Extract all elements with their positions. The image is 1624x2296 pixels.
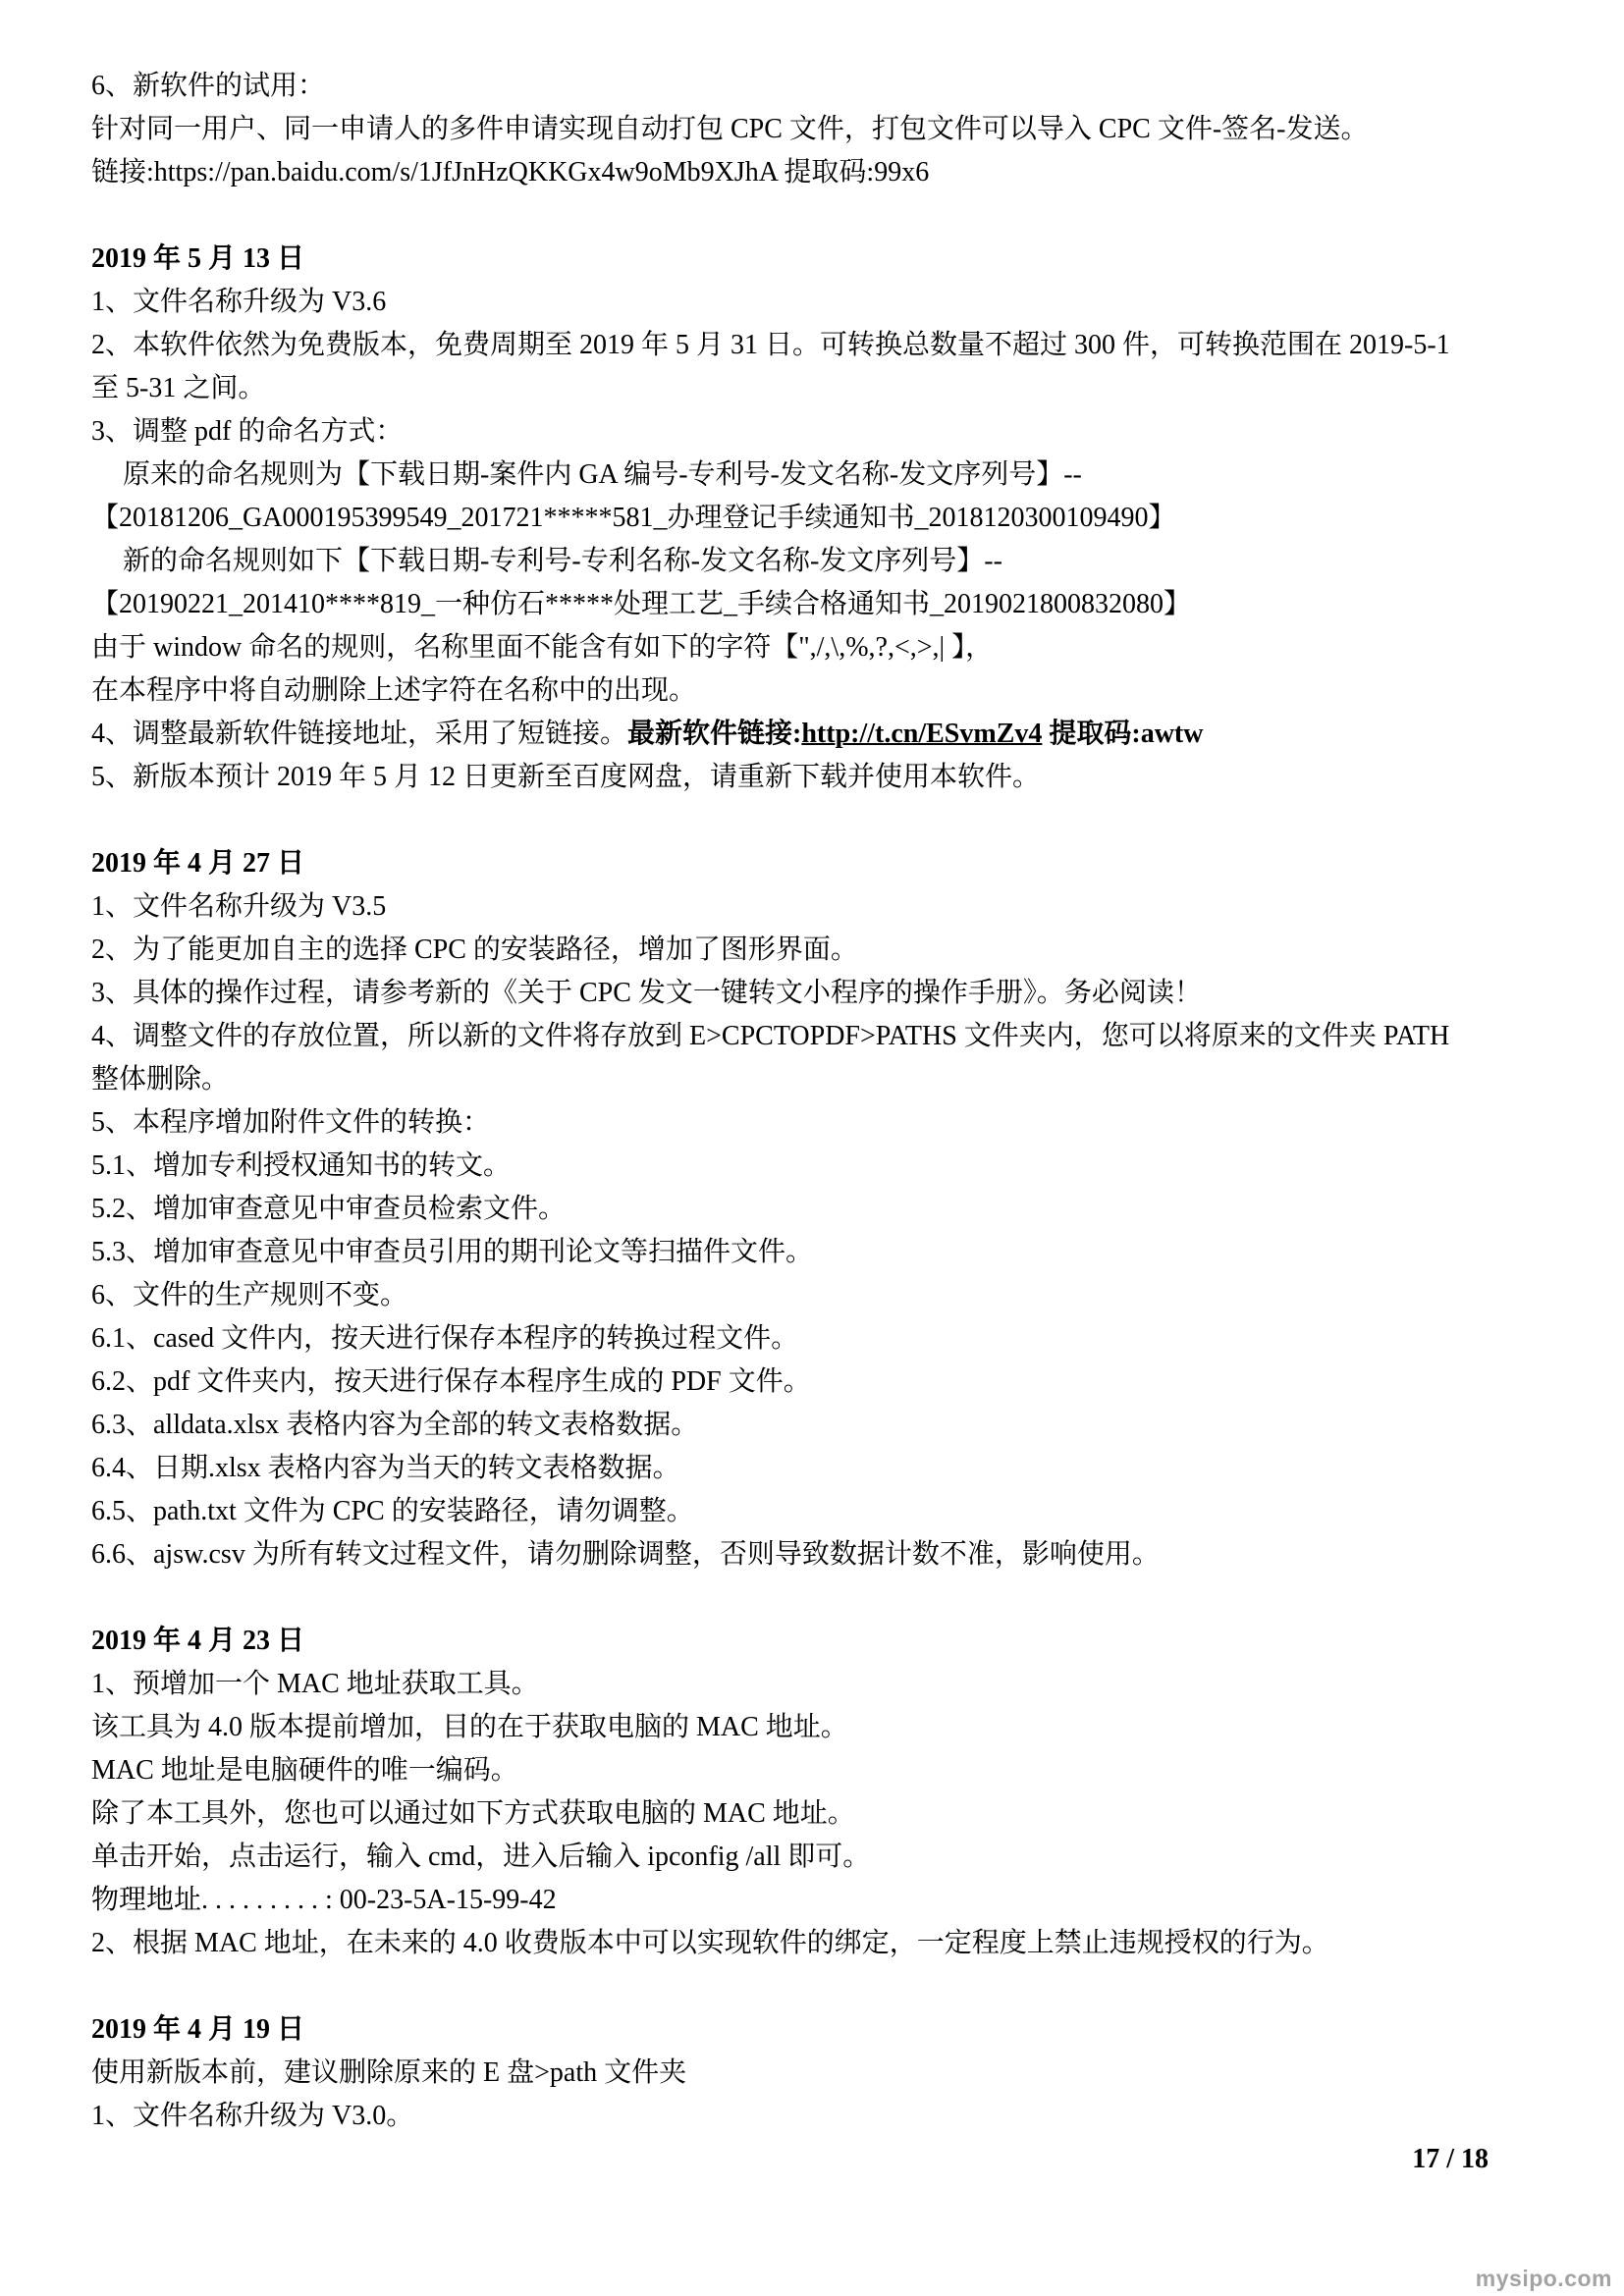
section-2019-04-23: 2019 年 4 月 23 日 1、预增加一个 MAC 地址获取工具。 该工具为… <box>91 1620 1536 1965</box>
text-line: 1、文件名称升级为 V3.6 <box>91 281 1536 324</box>
section-heading: 2019 年 4 月 23 日 <box>91 1620 1536 1663</box>
link-label: 最新软件链接: <box>627 719 801 749</box>
section-heading: 2019 年 4 月 27 日 <box>91 842 1536 885</box>
text-line: 1、文件名称升级为 V3.5 <box>91 885 1536 929</box>
text-line: 5.2、增加审查意见中审查员检索文件。 <box>91 1188 1536 1231</box>
section-heading: 2019 年 5 月 13 日 <box>91 238 1536 281</box>
section-2019-04-19: 2019 年 4 月 19 日 使用新版本前，建议删除原来的 E 盘>path … <box>91 2008 1536 2138</box>
text-line: 【20190221_201410****819_一种仿石*****处理工艺_手续… <box>91 583 1536 626</box>
text-line: 1、文件名称升级为 V3.0。 <box>91 2095 1536 2138</box>
text-line: 在本程序中将自动删除上述字符在名称中的出现。 <box>91 669 1536 713</box>
text-line: MAC 地址是电脑硬件的唯一编码。 <box>91 1749 1536 1792</box>
text-line: 5、本程序增加附件文件的转换： <box>91 1101 1536 1145</box>
text-line: 由于 window 命名的规则，名称里面不能含有如下的字符【",/,\,%,?,… <box>91 626 1536 669</box>
text-line: 6、新软件的试用： <box>91 65 1536 108</box>
mac-address-line: 物理地址. . . . . . . . . : 00-23-5A-15-99-4… <box>91 1879 1536 1922</box>
text-line: 6.5、path.txt 文件为 CPC 的安装路径，请勿调整。 <box>91 1490 1536 1533</box>
document-page: 6、新软件的试用： 针对同一用户、同一申请人的多件申请实现自动打包 CPC 文件… <box>0 0 1624 2296</box>
text-line: 6.2、pdf 文件夹内，按天进行保存本程序生成的 PDF 文件。 <box>91 1361 1536 1404</box>
page-number: 17 / 18 <box>91 2138 1536 2181</box>
section-heading: 2019 年 4 月 19 日 <box>91 2008 1536 2052</box>
text-line: 6.1、cased 文件内，按天进行保存本程序的转换过程文件。 <box>91 1317 1536 1361</box>
text-line: 3、具体的操作过程，请参考新的《关于 CPC 发文一键转文小程序的操作手册》。务… <box>91 972 1536 1015</box>
text-line: 针对同一用户、同一申请人的多件申请实现自动打包 CPC 文件，打包文件可以导入 … <box>91 108 1536 151</box>
text-line: 至 5-31 之间。 <box>91 367 1536 410</box>
baidu-link-line: 链接:https://pan.baidu.com/s/1JfJnHzQKKGx4… <box>91 151 1536 194</box>
changelog-intro-section: 6、新软件的试用： 针对同一用户、同一申请人的多件申请实现自动打包 CPC 文件… <box>91 65 1536 194</box>
text-line: 1、预增加一个 MAC 地址获取工具。 <box>91 1663 1536 1706</box>
text-line: 新的命名规则如下【下载日期-专利号-专利名称-发文名称-发文序列号】-- <box>91 540 1536 583</box>
text-line: 除了本工具外，您也可以通过如下方式获取电脑的 MAC 地址。 <box>91 1792 1536 1836</box>
text-line: 6、文件的生产规则不变。 <box>91 1274 1536 1317</box>
text-line: 4、调整文件的存放位置，所以新的文件将存放到 E>CPCTOPDF>PATHS … <box>91 1015 1536 1058</box>
text-line: 5.1、增加专利授权通知书的转文。 <box>91 1145 1536 1188</box>
text-line: 2、为了能更加自主的选择 CPC 的安装路径，增加了图形界面。 <box>91 929 1536 972</box>
text-segment: 4、调整最新软件链接地址，采用了短链接。 <box>91 719 627 749</box>
text-line: 5.3、增加审查意见中审查员引用的期刊论文等扫描件文件。 <box>91 1231 1536 1274</box>
text-line: 6.6、ajsw.csv 为所有转文过程文件，请勿删除调整，否则导致数据计数不准… <box>91 1533 1536 1576</box>
text-line: 整体删除。 <box>91 1058 1536 1101</box>
extraction-code: 提取码:awtw <box>1042 719 1203 749</box>
text-line: 【20181206_GA000195399549_201721*****581_… <box>91 497 1536 540</box>
text-line: 原来的命名规则为【下载日期-案件内 GA 编号-专利号-发文名称-发文序列号】-… <box>91 454 1536 497</box>
text-line: 使用新版本前，建议删除原来的 E 盘>path 文件夹 <box>91 2052 1536 2095</box>
section-2019-05-13: 2019 年 5 月 13 日 1、文件名称升级为 V3.6 2、本软件依然为免… <box>91 238 1536 799</box>
text-line: 6.3、alldata.xlsx 表格内容为全部的转文表格数据。 <box>91 1404 1536 1447</box>
text-line: 单击开始，点击运行，输入 cmd，进入后输入 ipconfig /all 即可。 <box>91 1836 1536 1879</box>
text-line: 3、调整 pdf 的命名方式： <box>91 410 1536 454</box>
text-line: 2、本软件依然为免费版本，免费周期至 2019 年 5 月 31 日。可转换总数… <box>91 324 1536 367</box>
short-link[interactable]: http://t.cn/ESvmZv4 <box>801 719 1042 749</box>
text-line: 6.4、日期.xlsx 表格内容为当天的转文表格数据。 <box>91 1447 1536 1490</box>
text-line: 5、新版本预计 2019 年 5 月 12 日更新至百度网盘，请重新下载并使用本… <box>91 756 1536 799</box>
text-line: 该工具为 4.0 版本提前增加，目的在于获取电脑的 MAC 地址。 <box>91 1706 1536 1749</box>
text-line: 2、根据 MAC 地址，在未来的 4.0 收费版本中可以实现软件的绑定，一定程度… <box>91 1922 1536 1965</box>
section-2019-04-27: 2019 年 4 月 27 日 1、文件名称升级为 V3.5 2、为了能更加自主… <box>91 842 1536 1576</box>
text-line: 4、调整最新软件链接地址，采用了短链接。最新软件链接:http://t.cn/E… <box>91 713 1536 756</box>
watermark: mysipo.com <box>1476 2266 1612 2292</box>
